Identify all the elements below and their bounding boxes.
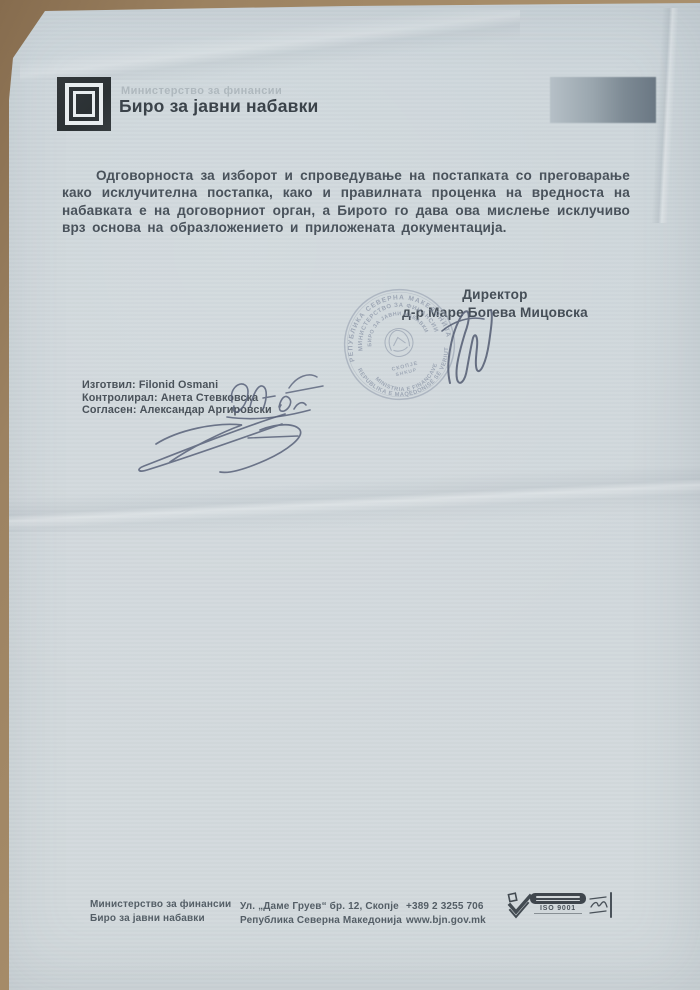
footer-website: www.bjn.gov.mk: [406, 914, 486, 928]
director-signature: [430, 303, 520, 398]
footer-address: Ул. „Даме Груев“ бр. 12, Скопје Републик…: [240, 900, 402, 928]
letter-paragraph: Одговорноста за изборот и спроведување н…: [62, 167, 630, 237]
iso-banner: [530, 893, 586, 904]
paper-crease-top: [20, 10, 520, 80]
stamp-coat-of-arms-icon: [382, 326, 416, 360]
logo-outer-square: [65, 83, 103, 125]
paper-texture: [0, 0, 700, 990]
agreed-signature: [120, 400, 330, 482]
footer-address-line1: Ул. „Даме Груев“ бр. 12, Скопје: [240, 900, 402, 914]
bureau-logo-icon: [57, 77, 111, 131]
iso-checkmark-icon: [506, 891, 532, 919]
iso-certification-mark: ISO 9001: [506, 891, 612, 925]
photographed-document: { "header": { "ministry_faint": "Министе…: [0, 0, 700, 990]
footer-phone: +389 2 3255 706: [406, 900, 486, 914]
logo-inner-square: [73, 91, 95, 117]
paper-crease-middle: [9, 468, 700, 532]
approval-prepared-label: Изготвил:: [82, 379, 136, 391]
footer-org-line2: Биро за јавни набавки: [90, 912, 231, 926]
footer-org-line1: Министерство за финансии: [90, 898, 231, 912]
header-gradient-bar: [550, 77, 656, 123]
certifier-monogram-icon: [588, 891, 614, 921]
footer-contact: +389 2 3255 706 www.bjn.gov.mk: [406, 900, 486, 928]
iso-9001-label: ISO 9001: [534, 905, 582, 914]
scanned-paper-sheet: Министерство за финансии Биро за јавни н…: [0, 0, 700, 990]
approval-prepared-name: Filonid Osmani: [139, 379, 218, 391]
footer-organization: Министерство за финансии Биро за јавни н…: [90, 898, 231, 926]
footer-address-line2: Република Северна Македонија: [240, 914, 402, 928]
bureau-title: Биро за јавни набавки: [119, 96, 319, 117]
